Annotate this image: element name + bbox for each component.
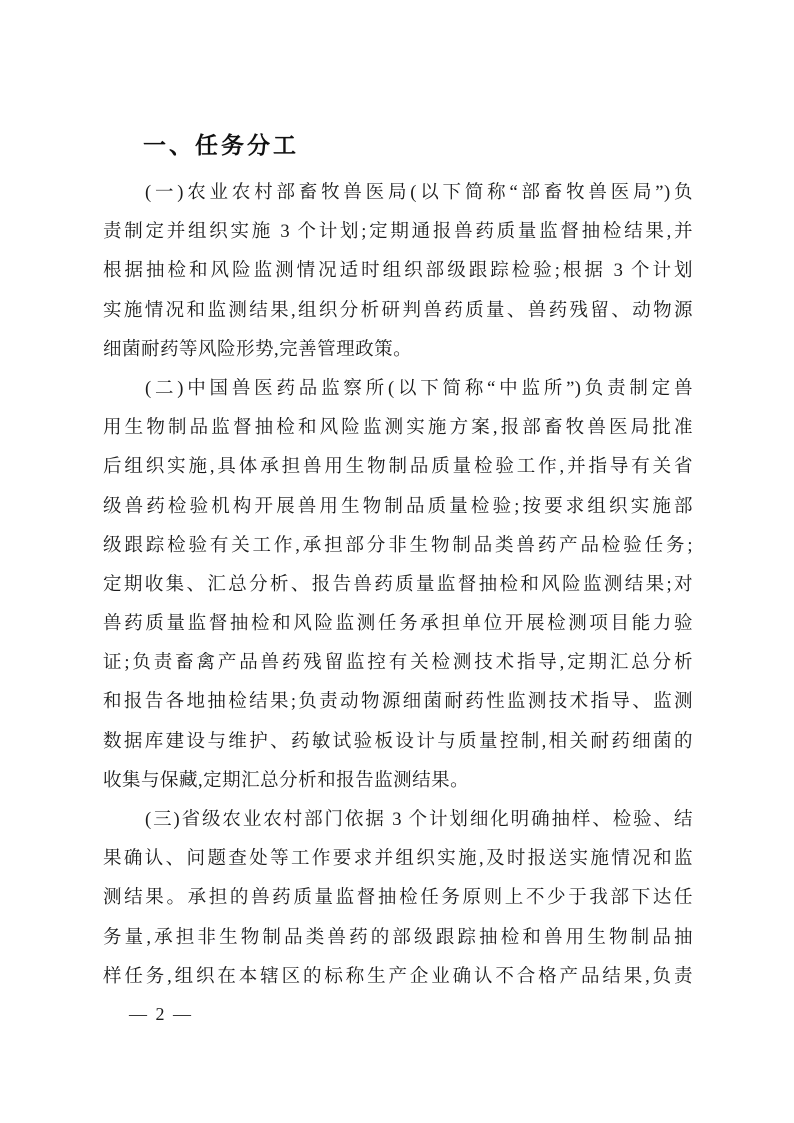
text-line: 收集与保藏,定期汇总分析和报告监测结果。 xyxy=(103,762,693,801)
page-number: — 2 — xyxy=(129,1002,193,1026)
document-page: 一、任务分工 (一)农业农村部畜牧兽医局(以下简称“部畜牧兽医局”)负 责制定并… xyxy=(0,0,794,1123)
text-line: 细菌耐药等风险形势,完善管理政策。 xyxy=(103,331,693,370)
document-body: 一、任务分工 (一)农业农村部畜牧兽医局(以下简称“部畜牧兽医局”)负 责制定并… xyxy=(103,132,693,997)
text-line: 证;负责畜禽产品兽药残留监控有关检测技术指导,定期汇总分析 xyxy=(103,644,693,683)
text-line: (二)中国兽医药品监察所(以下简称“中监所”)负责制定兽 xyxy=(103,370,693,409)
text-line: 根据抽检和风险监测情况适时组织部级跟踪检验;根据 3 个计划 xyxy=(103,252,693,291)
text-line: 责制定并组织实施 3 个计划;定期通报兽药质量监督抽检结果,并 xyxy=(103,213,693,252)
text-line: (一)农业农村部畜牧兽医局(以下简称“部畜牧兽医局”)负 xyxy=(103,174,693,213)
text-line: 测结果。承担的兽药质量监督抽检任务原则上不少于我部下达任 xyxy=(103,879,693,918)
text-line: 果确认、问题查处等工作要求并组织实施,及时报送实施情况和监 xyxy=(103,840,693,879)
section-heading: 一、任务分工 xyxy=(103,132,693,158)
text-line: 样任务,组织在本辖区的标称生产企业确认不合格产品结果,负责 xyxy=(103,958,693,997)
text-line: 级跟踪检验有关工作,承担部分非生物制品类兽药产品检验任务; xyxy=(103,527,693,566)
text-line: (三)省级农业农村部门依据 3 个计划细化明确抽样、检验、结 xyxy=(103,801,693,840)
text-line: 兽药质量监督抽检和风险监测任务承担单位开展检测项目能力验 xyxy=(103,605,693,644)
text-line: 后组织实施,具体承担兽用生物制品质量检验工作,并指导有关省 xyxy=(103,448,693,487)
text-line: 务量,承担非生物制品类兽药的部级跟踪抽检和兽用生物制品抽 xyxy=(103,919,693,958)
text-line: 级兽药检验机构开展兽用生物制品质量检验;按要求组织实施部 xyxy=(103,488,693,527)
text-line: 和报告各地抽检结果;负责动物源细菌耐药性监测技术指导、监测 xyxy=(103,683,693,722)
text-line: 定期收集、汇总分析、报告兽药质量监督抽检和风险监测结果;对 xyxy=(103,566,693,605)
text-line: 数据库建设与维护、药敏试验板设计与质量控制,相关耐药细菌的 xyxy=(103,723,693,762)
text-line: 实施情况和监测结果,组织分析研判兽药质量、兽药残留、动物源 xyxy=(103,292,693,331)
text-line: 用生物制品监督抽检和风险监测实施方案,报部畜牧兽医局批准 xyxy=(103,409,693,448)
